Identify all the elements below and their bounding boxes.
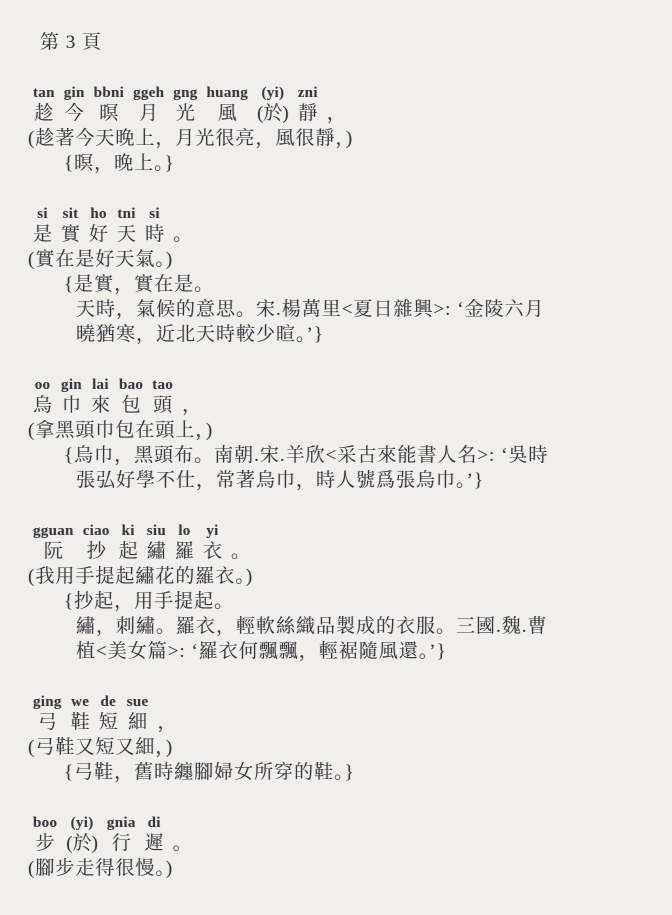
translation-line: (實在是好天氣。) — [28, 247, 656, 272]
hanzi-character: 羅 — [175, 540, 194, 564]
gloss-pair: tao頭 — [152, 377, 173, 418]
gloss-row: oo烏gin巾lai來bao包tao頭， — [33, 377, 656, 418]
hanzi-character: 月 — [139, 102, 158, 126]
gloss-pair: ki起 — [119, 523, 138, 564]
entries-container: tan趁gin今bbni暝ggeh月gng光huang風(yi)(於)zni靜，… — [28, 85, 656, 881]
romanization-syllable: lo — [178, 523, 190, 540]
romanization-syllable: gng — [173, 85, 197, 102]
romanization-syllable: bbni — [94, 85, 124, 102]
hanzi-character: 阮 — [44, 540, 63, 564]
gloss-pair: tni天 — [117, 206, 136, 247]
note-line: 繡，刺繡。羅衣，輕軟絲織品製成的衣服。三國.魏.曹 — [76, 614, 656, 639]
entry: tan趁gin今bbni暝ggeh月gng光huang風(yi)(於)zni靜，… — [28, 85, 656, 176]
gloss-pair: si是 — [33, 206, 52, 247]
gloss-pair: sit實 — [61, 206, 80, 247]
document-page: 第 3 頁 tan趁gin今bbni暝ggeh月gng光huang風(yi)(於… — [0, 0, 672, 915]
translation-line: (拿黑頭巾包在頭上，) — [28, 418, 656, 443]
romanization-syllable: di — [148, 815, 161, 832]
hanzi-character: ， — [327, 102, 346, 126]
gloss-pair: yi衣 — [203, 523, 222, 564]
romanization-syllable: sue — [127, 694, 149, 711]
hanzi-character: 巾 — [62, 394, 81, 418]
romanization-syllable: we — [71, 694, 89, 711]
gloss-pair: ging弓 — [33, 694, 62, 735]
note-line: {烏巾，黑頭布。南朝.宋.羊欣<采古來能書人名>: ‘吳時 — [64, 443, 656, 468]
gloss-pair: sue細 — [127, 694, 149, 735]
gloss-pair: 。 — [231, 540, 250, 564]
gloss-pair: gin巾 — [61, 377, 82, 418]
gloss-pair: tan趁 — [33, 85, 55, 126]
gloss-pair: ggeh月 — [133, 85, 164, 126]
gloss-pair: siu繡 — [147, 523, 166, 564]
page-number: 第 3 頁 — [40, 30, 656, 55]
hanzi-character: ， — [158, 711, 177, 735]
romanization-syllable: gguan — [33, 523, 74, 540]
romanization-syllable: gin — [64, 85, 85, 102]
gloss-pair: ， — [158, 711, 177, 735]
hanzi-character: 烏 — [33, 394, 52, 418]
gloss-pair: oo烏 — [33, 377, 52, 418]
romanization-syllable: ggeh — [133, 85, 164, 102]
gloss-row: si是sit實ho好tni天si時。 — [33, 206, 656, 247]
gloss-row: tan趁gin今bbni暝ggeh月gng光huang風(yi)(於)zni靜， — [33, 85, 656, 126]
hanzi-character: 弓 — [38, 711, 57, 735]
gloss-pair: ， — [327, 102, 346, 126]
gloss-pair: bao包 — [119, 377, 143, 418]
note-line: 張弘好學不仕，常著烏巾，時人號爲張烏巾。’} — [76, 468, 656, 493]
entry: oo烏gin巾lai來bao包tao頭，(拿黑頭巾包在頭上，){烏巾，黑頭布。南… — [28, 377, 656, 493]
romanization-syllable: (yi) — [71, 815, 94, 832]
gloss-row: gguan阮ciao抄ki起siu繡lo羅yi衣。 — [33, 523, 656, 564]
note-line: {是實，實在是。 — [64, 272, 656, 297]
romanization-syllable: de — [100, 694, 116, 711]
hanzi-character: 繡 — [147, 540, 166, 564]
hanzi-character: 風 — [218, 102, 237, 126]
gloss-pair: gin今 — [64, 85, 85, 126]
romanization-syllable: tan — [33, 85, 55, 102]
translation-line: (趁著今天晚上，月光很亮，風很靜，) — [28, 126, 656, 151]
gloss-pair: lo羅 — [175, 523, 194, 564]
gloss-pair: gng光 — [173, 85, 197, 126]
gloss-pair: lai來 — [91, 377, 110, 418]
hanzi-character: 衣 — [203, 540, 222, 564]
romanization-syllable: tao — [152, 377, 173, 394]
romanization-syllable: boo — [33, 815, 57, 832]
gloss-pair: de短 — [99, 694, 118, 735]
hanzi-character: 起 — [119, 540, 138, 564]
entry: ging弓we鞋de短sue細，(弓鞋又短又細，){弓鞋，舊時纏腳婦女所穿的鞋。… — [28, 694, 656, 785]
gloss-pair: si時 — [145, 206, 164, 247]
entry: boo步(yi)(於)gnia行di遲。(腳步走得很慢。) — [28, 815, 656, 881]
hanzi-character: 時 — [145, 223, 164, 247]
hanzi-character: 趁 — [34, 102, 53, 126]
romanization-syllable: oo — [35, 377, 51, 394]
hanzi-character: 是 — [33, 223, 52, 247]
romanization-syllable: ging — [33, 694, 62, 711]
translation-line: (弓鞋又短又細，) — [28, 735, 656, 760]
gloss-pair: gguan阮 — [33, 523, 74, 564]
hanzi-character: 抄 — [87, 540, 106, 564]
gloss-pair: ho好 — [89, 206, 108, 247]
hanzi-character: 。 — [231, 540, 250, 564]
romanization-syllable: bao — [119, 377, 143, 394]
note-line: 曉猶寒，近北天時較少暄。’} — [76, 322, 656, 347]
gloss-pair: ciao抄 — [83, 523, 110, 564]
romanization-syllable: huang — [207, 85, 249, 102]
note-line: {抄起，用手提起。 — [64, 589, 656, 614]
note-line: {弓鞋，舊時纏腳婦女所穿的鞋。} — [64, 760, 656, 785]
note-line: 天時，氣候的意思。宋.楊萬里<夏日雜興>: ‘金陵六月 — [76, 297, 656, 322]
hanzi-character: 光 — [176, 102, 195, 126]
hanzi-character: 好 — [89, 223, 108, 247]
gloss-pair: zni靜 — [298, 85, 318, 126]
romanization-syllable: gnia — [107, 815, 136, 832]
romanization-syllable: si — [149, 206, 160, 223]
gloss-pair: (yi)(於) — [257, 85, 289, 126]
gloss-pair: gnia行 — [107, 815, 136, 856]
hanzi-character: 暝 — [99, 102, 118, 126]
gloss-row: ging弓we鞋de短sue細， — [33, 694, 656, 735]
hanzi-character: 遲 — [145, 832, 164, 856]
hanzi-character: 短 — [99, 711, 118, 735]
gloss-pair: (yi)(於) — [66, 815, 98, 856]
romanization-syllable: ho — [90, 206, 106, 223]
hanzi-character: 靜 — [298, 102, 317, 126]
hanzi-character: 。 — [173, 832, 192, 856]
romanization-syllable: si — [37, 206, 48, 223]
romanization-syllable: tni — [117, 206, 135, 223]
gloss-pair: 。 — [173, 832, 192, 856]
hanzi-character: (於) — [257, 102, 289, 126]
romanization-syllable: gin — [61, 377, 82, 394]
hanzi-character: 實 — [61, 223, 80, 247]
hanzi-character: 頭 — [153, 394, 172, 418]
hanzi-character: 細 — [128, 711, 147, 735]
hanzi-character: (於) — [66, 832, 98, 856]
hanzi-character: 。 — [173, 223, 192, 247]
translation-line: (腳步走得很慢。) — [28, 856, 656, 881]
hanzi-character: 鞋 — [71, 711, 90, 735]
gloss-pair: huang風 — [207, 85, 249, 126]
romanization-syllable: zni — [298, 85, 318, 102]
romanization-syllable: ki — [122, 523, 135, 540]
hanzi-character: 步 — [36, 832, 55, 856]
hanzi-character: 包 — [122, 394, 141, 418]
gloss-pair: 。 — [173, 223, 192, 247]
translation-line: (我用手提起繡花的羅衣。) — [28, 564, 656, 589]
note-line: {暝，晚上。} — [64, 151, 656, 176]
gloss-pair: di遲 — [145, 815, 164, 856]
gloss-pair: bbni暝 — [94, 85, 124, 126]
gloss-pair: we鞋 — [71, 694, 90, 735]
gloss-pair: ， — [182, 394, 201, 418]
hanzi-character: ， — [182, 394, 201, 418]
romanization-syllable: (yi) — [261, 85, 284, 102]
gloss-pair: boo步 — [33, 815, 57, 856]
hanzi-character: 今 — [65, 102, 84, 126]
hanzi-character: 行 — [112, 832, 131, 856]
note-line: 植<美女篇>: ‘羅衣何飄飄，輕裾隨風還。’} — [76, 639, 656, 664]
gloss-row: boo步(yi)(於)gnia行di遲。 — [33, 815, 656, 856]
hanzi-character: 天 — [117, 223, 136, 247]
romanization-syllable: sit — [63, 206, 79, 223]
entry: si是sit實ho好tni天si時。(實在是好天氣。){是實，實在是。天時，氣候… — [28, 206, 656, 347]
romanization-syllable: ciao — [83, 523, 110, 540]
romanization-syllable: siu — [147, 523, 166, 540]
entry: gguan阮ciao抄ki起siu繡lo羅yi衣。(我用手提起繡花的羅衣。){抄… — [28, 523, 656, 664]
romanization-syllable: yi — [206, 523, 218, 540]
hanzi-character: 來 — [91, 394, 110, 418]
romanization-syllable: lai — [92, 377, 109, 394]
